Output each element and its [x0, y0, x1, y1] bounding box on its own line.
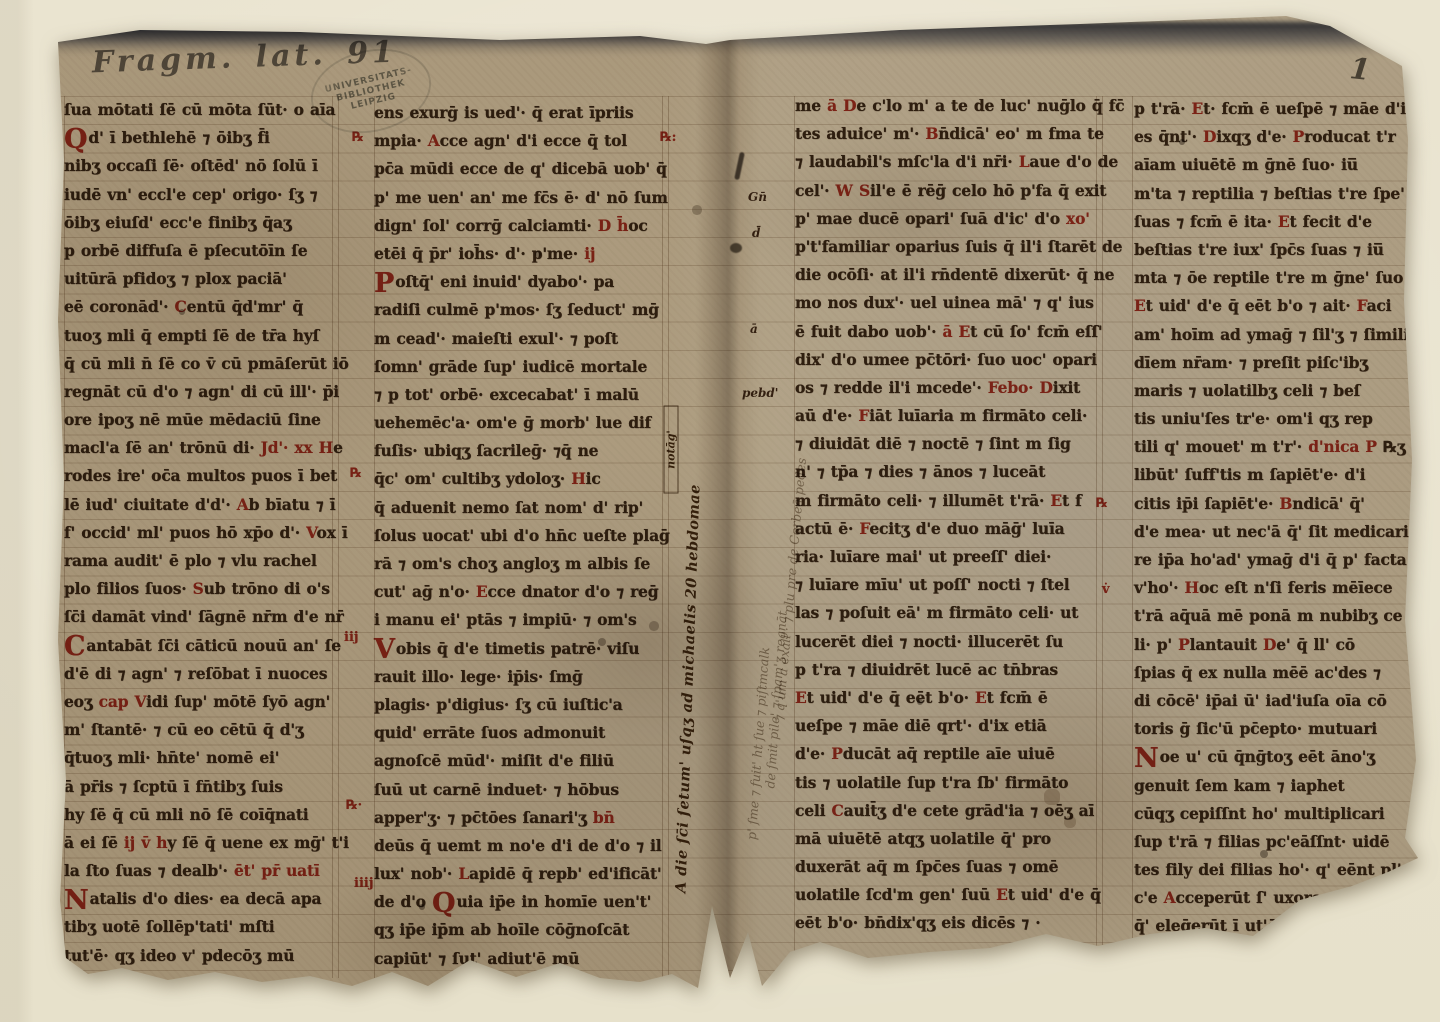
manuscript-text-line: i manu ei' ptās ⁊ impiū· ⁊ om's — [374, 606, 666, 634]
rubric-text: A — [237, 495, 249, 514]
manuscript-text-line: eēt b'o· bn̄dix'qʒ eis dicēs ⁊ · — [795, 909, 1095, 937]
rubric-text: ēt' pr̄ uatī — [234, 861, 320, 880]
manuscript-text-line: m firmāto celi· ⁊ illumēt t'rā· Et f — [795, 487, 1095, 515]
manuscript-text-line: dign' ſol' corrḡ calciamti· D h̄oc — [374, 212, 666, 240]
manuscript-text-line: uolatile ſcd'm gen' ſuū Et uid' d'e q̄ — [795, 881, 1095, 909]
manuscript-text-line: f' occid' ml' puos hō xp̄o d'· Vox ī — [64, 519, 338, 547]
manuscript-text-line: rā ⁊ om's choʒ angloʒ m albis ſe — [374, 550, 666, 578]
margin-mark: d̄ — [752, 226, 760, 240]
manuscript-text-line: v'ho'· Hoc eſt n'ſi feris mēīece — [1134, 574, 1418, 602]
manuscript-text-line: me ā De c'lo m' a te de luc' nuḡlo q̄ fc… — [795, 92, 1095, 120]
manuscript-text-line: p t'rā· Et· fcm̄ ē ueſpē ⁊ māe d'i — [1134, 95, 1418, 123]
manuscript-text-line: Natalis d'o dies· ea decā apa — [64, 885, 338, 913]
manuscript-text-line: fuſis· ubiqʒ ſacrileḡ· ⁊q̄ ne — [374, 437, 666, 465]
margin-mark: iij — [344, 630, 359, 645]
text-column-2a: me ā De c'lo m' a te de luc' nuḡlo q̄ fc… — [795, 92, 1095, 938]
manuscript-text-line: qʒ ip̄e ip̄m ab hoīle cōḡnoſcāt — [374, 916, 666, 944]
manuscript-text-line: p t'ra ⁊ diuidrēt lucē ac tn̄bras — [795, 656, 1095, 684]
manuscript-text-line: Qd' ī bethlehē ⁊ ōibʒ f̄i — [64, 124, 338, 152]
rubric-text: H — [571, 469, 585, 488]
rubric-text: ij — [584, 244, 595, 263]
manuscript-text-line: apper'ʒ· ⁊ pc̄tōes ſanari'ʒ bn̄ — [374, 804, 666, 832]
manuscript-text-line: toris ḡ ſic'ū pc̄epto· mutuari — [1134, 715, 1418, 743]
manuscript-text-line: re ip̄a ho'ad' ymaḡ d'i q̄ p' facta — [1134, 546, 1418, 574]
rubric-text: P — [1178, 635, 1189, 654]
rubric-text: E — [476, 582, 488, 601]
manuscript-text-line: ā ei ſē ij v̄ hy ſē q̄ uene ex mḡ' t'i — [64, 829, 338, 857]
manuscript-fragment: ſua mōtati ſē cū mōta ſūt· o aīaQd' ī be… — [0, 0, 1440, 1022]
manuscript-text-line: hy ſē q̄ cū mli nō ſē coīq̄nati — [64, 801, 338, 829]
margin-mark: ℞: — [660, 130, 676, 145]
stain-specks — [0, 0, 4, 4]
manuscript-text-line: cūqʒ cepiſſnt ho' multiplicari — [1134, 800, 1418, 828]
manuscript-text-line: Vobis q̄ d'e timetis patrē· viſu — [374, 635, 666, 663]
manuscript-text-line: p' mae ducē opari' ſuā d'ic' d'o xo' — [795, 205, 1095, 233]
manuscript-text-line: mta ⁊ ōe reptile t're m ḡne' ſuo — [1134, 264, 1418, 292]
manuscript-text-line: die ocōſi· at il'i rn̄dentē dixerūt· q̄ … — [795, 261, 1095, 289]
manuscript-text-line: rama audit' ē plo ⁊ vlu rachel — [64, 547, 338, 575]
manuscript-text-line: uehemēc'a· om'e ḡ morb' lue dif — [374, 409, 666, 437]
manuscript-text-line: duxerāt aq̄ m ſpc̄es ſuas ⁊ omē — [795, 853, 1095, 881]
manuscript-text-line: uitūrā pfidoʒ ⁊ plox paciā' — [64, 265, 338, 293]
rubric-text: d'nica P — [1308, 437, 1377, 456]
manuscript-text-line: ſpias q̄ ex nulla mēē ac'des ⁊ — [1134, 659, 1418, 687]
rubric-text: Q — [432, 888, 455, 919]
rubric-text: Febo· D — [988, 378, 1053, 397]
rubric-text: E — [795, 688, 807, 707]
margin-mark: iiij — [354, 876, 374, 891]
manuscript-text-line: la ſto ſuas ⁊ dealb'· ēt' pr̄ uatī — [64, 857, 338, 885]
manuscript-text-line: rauit illo· lege· ip̄is· ſmḡ — [374, 663, 666, 691]
rubric-text: V — [306, 523, 316, 542]
manuscript-text-line: ſua mōtati ſē cū mōta ſūt· o aīa — [64, 96, 338, 124]
folio-number-pencil: 1 — [1348, 51, 1372, 87]
manuscript-text-line: tes aduice' m'· Bn̄dicā' eo' m fma te — [795, 120, 1095, 148]
manuscript-text-line: deūs q̄ uemt m no'e d'i de d'o ⁊ il — [374, 832, 666, 860]
manuscript-text-line: lucerēt diei ⁊ nocti· illucerēt ſu — [795, 628, 1095, 656]
rubric-text: L — [1019, 152, 1030, 171]
manuscript-text-line: dīem nr̄am· ⁊ preſit piſc'ibʒ — [1134, 349, 1418, 377]
manuscript-text-line: Et uid' d'e q̄ eēt b'o ⁊ ait· Faci — [1134, 292, 1418, 320]
rubric-text: D — [1263, 635, 1276, 654]
manuscript-text-line: tibʒ uotē ſollēp'tati' mſti — [64, 913, 338, 941]
rubric-text: D h̄ — [598, 216, 629, 235]
manuscript-text-line: dix' d'o umee pc̄tōri· ſuo uoc' opari — [795, 346, 1095, 374]
margin-mark: ℞ — [44, 136, 56, 151]
manuscript-text-line: li· p' Plantauit De' q̄ ll' cō — [1134, 631, 1418, 659]
rubric-text: F — [1357, 296, 1367, 315]
margin-mark: ℞· — [346, 798, 362, 813]
manuscript-text-line: ſup t'rā ⁊ filias pc'eāſſnt· uidē — [1134, 828, 1418, 856]
manuscript-text-line: Et uid' d'e q̄ eēt b'o· Et fcm̄ ē — [795, 684, 1095, 712]
manuscript-text-line: libūt' ſuff'tis m ſapiēt'e· d'i — [1134, 461, 1418, 489]
rubric-text: D — [1203, 127, 1216, 146]
margin-mark: v̇ — [1102, 582, 1110, 597]
text-column-1a: ſua mōtati ſē cū mōta ſūt· o aīaQd' ī be… — [64, 96, 338, 970]
manuscript-text-line: Cantabāt ſc̄i cāticū nouū an' ſe — [64, 632, 338, 660]
photo-backdrop: ſua mōtati ſē cū mōta ſūt· o aīaQd' ī be… — [0, 0, 1440, 1022]
rubric-text: W — [836, 181, 853, 200]
manuscript-text-line: nibʒ occaſi ſē· oſtēd' nō ſolū ī — [64, 152, 338, 180]
manuscript-text-line: regnāt cū d'o ⁊ agn' di cū ill'· p̄i — [64, 378, 338, 406]
manuscript-text-line: m cead'· maieſti exul'· ⁊ poſt — [374, 325, 666, 353]
gutter-annotation: notāg' — [664, 406, 679, 494]
manuscript-text-line: Poſtq̄' eni inuid' dyabo'· pa — [374, 268, 666, 296]
rubric-text: P — [1293, 127, 1304, 146]
manuscript-text-line: ueſpe ⁊ māe diē qrt'· d'ix etiā — [795, 712, 1095, 740]
rubric-text: P — [831, 744, 842, 763]
manuscript-text-line: aīam uiuētē m ḡnē ſuo· iu̅ — [1134, 151, 1418, 179]
manuscript-text-line: ſolus uocat' ubi d'o hn̄c ueſte plaḡ — [374, 522, 666, 550]
manuscript-text-line: ſc̄i damāt vind' ſāgnē nr̄m d'e nr̄ — [64, 603, 338, 631]
manuscript-text-line: ſuas ⁊ fcm̄ ē ita· Et fecit d'e — [1134, 208, 1418, 236]
manuscript-text-line: q̄' eleḡerūt ī ut'ēd' — [1134, 912, 1418, 940]
manuscript-text-line: agnoſcē mūd'· miſit d'e filiū — [374, 747, 666, 775]
manuscript-text-line: ⁊ laudabil's mſc'la d'i nr̄i· Laue d'o d… — [795, 148, 1095, 176]
manuscript-text-line: m' ſtantē· ⁊ cū eo cētū q̄ d'ʒ — [64, 716, 338, 744]
manuscript-text-line: d'e· Pducāt aq̄ reptile aīe uiuē — [795, 740, 1095, 768]
manuscript-text-line: maris ⁊ uolatilbʒ celi ⁊ beſ — [1134, 377, 1418, 405]
manuscript-text-line: ria· luīare mai' ut preeſſ' diei· — [795, 543, 1095, 571]
rubric-text: P — [374, 268, 394, 299]
manuscript-text-line: es q̄nt'· Dixqʒ d'e· Producat t'r — [1134, 123, 1418, 151]
manuscript-text-line: am' hoīm ad ymaḡ ⁊ ſil'ʒ ⁊ ſimili' — [1134, 321, 1418, 349]
manuscript-text-line: ⁊ luīare mīu' ut poſſ' nocti ⁊ ſtel — [795, 571, 1095, 599]
rubric-text: Q — [64, 124, 87, 155]
margin-mark: pebd' — [742, 386, 778, 400]
rubric-text: Jd'· xx H — [261, 438, 333, 457]
manuscript-text-line: pc̄a mūdi ecce de q' dicebā uob' q̄ — [374, 155, 666, 183]
manuscript-text-line: tuoʒ mli q̄ empti ſē de tr̄a hyſ — [64, 322, 338, 350]
rubric-text: A — [1164, 888, 1176, 907]
text-column-2b: p t'rā· Et· fcm̄ ē ueſpē ⁊ māe d'ies q̄n… — [1134, 95, 1418, 941]
manuscript-text-line: eoʒ cap Vidi ſup' mōtē ſyō agn' — [64, 688, 338, 716]
manuscript-text-line: ē fuit dabo uob'· ā Et cū ſo' fcm̄ eſſ' — [795, 318, 1095, 346]
manuscript-text-line: etēi q̄ p̄r' ioh̄s· d'· p'me· ij — [374, 240, 666, 268]
rubric-text: H — [1185, 578, 1199, 597]
manuscript-text-line: ore ipoʒ nē mūe mēdaciū ſine — [64, 406, 338, 434]
rubric-text: N — [64, 885, 89, 916]
rubric-text: E — [996, 885, 1008, 904]
manuscript-text-line: celi Cauit̄ʒ d'e cete grād'ia ⁊ oēʒ aī — [795, 797, 1095, 825]
rubric-text: bn̄ — [593, 808, 615, 827]
manuscript-text-line: eē coronād'· Centū q̄d'mr' q̄ — [64, 293, 338, 321]
manuscript-text-line: mā uiuētē atqʒ uolatile q̄' pro — [795, 825, 1095, 853]
manuscript-text-line: p' me uen' an' me fc̄s ē· d' nō ſum — [374, 184, 666, 212]
manuscript-text-line: actū ē· Fecitʒ d'e duo māḡ' luīa — [795, 515, 1095, 543]
manuscript-text-line: ſuū ut carnē induet· ⁊ hōbus — [374, 776, 666, 804]
margin-mark: Gn̄ — [748, 190, 767, 204]
rubric-text: E — [1050, 491, 1062, 510]
manuscript-text-line: lē iud' ciuitate d'd'· Ab bīatu ⁊ ī — [64, 491, 338, 519]
manuscript-text-line: ⁊ p tot' orbē· excecabat' ī malū — [374, 381, 666, 409]
rubric-text: ij v̄ h — [124, 833, 167, 852]
manuscript-text-line: macl'a ſē an' trōnū di· Jd'· xx He — [64, 434, 338, 462]
manuscript-text-line: lux' nob'· Lapidē q̄ repb' ed'ificāt' — [374, 860, 666, 888]
rubric-text: V — [135, 692, 147, 711]
rubric-text: E — [1278, 212, 1290, 231]
parchment-bifolium: ſua mōtati ſē cū mōta ſūt· o aīaQd' ī be… — [0, 0, 1440, 1022]
manuscript-text-line: mo nos dux'· uel uinea mā' ⁊ q' ius — [795, 289, 1095, 317]
manuscript-text-line: p't'familiar oparius ſuis q̄ il'i ſtarēt… — [795, 233, 1095, 261]
manuscript-text-line: d'ē di ⁊ agn' ⁊ reſōbat ī nuoces — [64, 660, 338, 688]
manuscript-text-line: di cōcē' ip̄ai ū' iad'iuſa oīa cō — [1134, 687, 1418, 715]
manuscript-text-line: q̄ aduenit nemo ſat nom' d' rip' — [374, 494, 666, 522]
rubric-text: E — [1192, 99, 1204, 118]
manuscript-text-line: q̄c' om' cultibʒ ydoloʒ· Hic — [374, 465, 666, 493]
manuscript-text-line: quid' errāte ſuos admonuit — [374, 719, 666, 747]
manuscript-text-line: iudē vn' eccl'e cep' origo· ſʒ ⁊ — [64, 181, 338, 209]
manuscript-text-line: radiſi culmē p'mos· ſʒ ſeduct' mḡ — [374, 296, 666, 324]
manuscript-text-line: citis ip̄i ſapiēt'e· Bndicā' q̄' — [1134, 490, 1418, 518]
manuscript-text-line: c'e Acceperūt ſ' uxores ex om'bʒ — [1134, 884, 1418, 912]
rubric-text: ā — [942, 322, 952, 341]
rubric-text: V — [374, 634, 395, 665]
manuscript-text-line: t'rā aq̄uā mē ponā m nubibʒ ce — [1134, 602, 1418, 630]
rubric-text: E — [975, 688, 987, 707]
margin-mark: ℞ — [350, 466, 362, 481]
manuscript-text-line: rodes ire' oc̄a multos puos ī bet — [64, 462, 338, 490]
rubric-text: F — [859, 519, 869, 538]
manuscript-text-line: plo filios ſuos· Sub trōno di o's — [64, 575, 338, 603]
manuscript-text-line: ā pr̄is ⁊ ſcptū ī fn̄tibʒ ſuis — [64, 773, 338, 801]
rubric-text: ā — [827, 96, 837, 115]
text-column-1b: ens exurḡ is ued'· q̄ erat īpriismpia· A… — [374, 99, 666, 973]
rubric-text: E — [959, 322, 971, 341]
rubric-text: D — [843, 96, 856, 115]
manuscript-text-line: tis ⁊ uolatile ſup t'ra ſb' firmāto — [795, 769, 1095, 797]
rubric-text: C — [175, 297, 187, 316]
rubric-text: A — [428, 131, 440, 150]
rubric-text: C — [831, 801, 843, 820]
margin-mark: ā — [750, 322, 758, 336]
rubric-text: N — [1134, 743, 1159, 774]
manuscript-text-line: p orbē diffuſa ē pſecutōīn ſe — [64, 237, 338, 265]
rubric-text: B — [1279, 494, 1292, 513]
manuscript-text-line: ōibʒ eiuſd' ecc'e finibʒ q̄aʒ — [64, 209, 338, 237]
rubric-text: cap — [99, 692, 129, 711]
manuscript-text-line: q̄ cū mli n̄ ſē co v̄ cū pmāſerūt iō — [64, 350, 338, 378]
rubric-text: L — [458, 864, 469, 883]
manuscript-text-line: de d'o Quia ip̄e in homīe uen't' — [374, 888, 666, 916]
rubric-text: S — [193, 579, 204, 598]
rubric-text: F — [858, 406, 869, 425]
manuscript-text-line: beſtias t're iux' ſpc̄s ſuas ⁊ iu̅ — [1134, 236, 1418, 264]
manuscript-text-line: q̄tuoʒ mli· hn̄te' nomē ei' — [64, 744, 338, 772]
manuscript-text-line: ſomn' grāde ſup' iudicē mortale — [374, 353, 666, 381]
manuscript-text-line: Noe u' cū q̄nḡtoʒ eēt āno'ʒ — [1134, 743, 1418, 771]
manuscript-text-line: m'ta ⁊ reptilia ⁊ beſtias t're ſpe' — [1134, 180, 1418, 208]
rubric-text: xo' — [1066, 209, 1090, 228]
manuscript-text-line: capiūt' ⁊ ſut' adiut'ē mū — [374, 945, 666, 973]
manuscript-text-line: genuit ſem kam ⁊ iaphet — [1134, 772, 1418, 800]
manuscript-text-line: tes fily dei filias ho'· q' eēnt pl' — [1134, 856, 1418, 884]
manuscript-text-line: n' ⁊ tp̄a ⁊ dies ⁊ ānos ⁊ luceāt — [795, 458, 1095, 486]
manuscript-text-line: plagis· p'digius· ſʒ cū iuſtic'a — [374, 691, 666, 719]
rubric-text: B — [925, 124, 938, 143]
manuscript-text-line: aū d'e· Fiāt luīaria m firmāto celi· — [795, 402, 1095, 430]
manuscript-text-line: tili q' mouet' m t'r'· d'nica P ℞ʒ — [1134, 433, 1418, 461]
rubric-text: C — [64, 631, 85, 662]
rubric-text: E — [1134, 296, 1146, 315]
manuscript-text-line: las ⁊ poſuit eā' m firmāto celi· ut — [795, 599, 1095, 627]
manuscript-text-line: os ⁊ redde il'i mcede'· Febo· Dixit — [795, 374, 1095, 402]
manuscript-text-line: cut' aḡ n'o· Ecce dnator d'o ⁊ reḡ — [374, 578, 666, 606]
manuscript-text-line: mpia· Acce agn' d'i ecce q̄ tol — [374, 127, 666, 155]
manuscript-text-line: tis uniu'ſes tr'e· om'i qʒ rep — [1134, 405, 1418, 433]
manuscript-text-line: tut'ē· qʒ ideo v' pdecōʒ mū — [64, 942, 338, 970]
manuscript-text-line: d'e mea· ut nec'ā q̄' ſit medicari' — [1134, 518, 1418, 546]
margin-mark: ℞ — [1096, 496, 1108, 511]
manuscript-text-line: ⁊ diuidāt diē ⁊ noctē ⁊ ſint m ſig — [795, 430, 1095, 458]
rubric-text: S — [859, 181, 870, 200]
manuscript-text-line: cel'· W Sil'e ē rēḡ celo hō p'fa q̄ exit — [795, 177, 1095, 205]
